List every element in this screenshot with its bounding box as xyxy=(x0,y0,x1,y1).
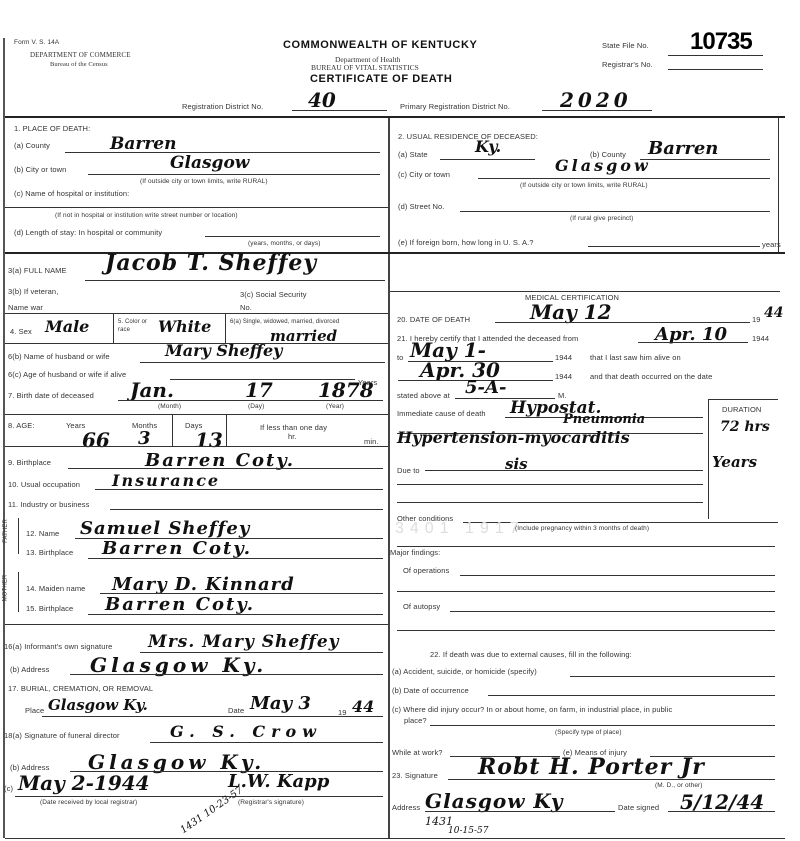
sex-value[interactable]: Male xyxy=(45,317,89,336)
row-divider xyxy=(5,624,388,625)
burial-date-value[interactable]: May 3 xyxy=(250,693,311,714)
mother-name-value[interactable]: Mary D. Kinnard xyxy=(112,574,295,595)
row-divider xyxy=(5,313,388,314)
spouse-value[interactable]: Mary Sheffey xyxy=(165,341,282,360)
race-value[interactable]: White xyxy=(158,317,211,336)
informant-address-label: (b) Address xyxy=(10,665,49,674)
occupation-line xyxy=(95,489,383,490)
sex-divider xyxy=(113,313,114,343)
death-county-label: (a) County xyxy=(14,141,50,150)
time-of-death-value[interactable]: 5-A- xyxy=(465,377,506,398)
operations-label: Of operations xyxy=(403,566,449,575)
father-birthplace-label: 13. Birthplace xyxy=(26,548,73,557)
state-file-label: State File No. xyxy=(602,41,649,50)
age-divider xyxy=(172,414,173,446)
birth-year-value[interactable]: 1878 xyxy=(318,378,374,402)
bottom-frame-line xyxy=(5,838,785,839)
registration-district-line xyxy=(292,110,387,111)
commonwealth-title: COMMONWEALTH OF KENTUCKY xyxy=(283,39,477,51)
veteran-label: 3(b) If veteran, xyxy=(8,287,58,296)
physician-signature-label: 23. Signature xyxy=(392,771,438,780)
filed-line xyxy=(15,796,383,797)
burial-year-value[interactable]: 44 xyxy=(352,697,374,716)
min-label: min. xyxy=(364,437,379,446)
margin-date: 10-15-57 xyxy=(448,826,488,836)
immediate-cause-value-2[interactable]: Pneumonia xyxy=(563,412,645,427)
external-causes-label: 22. If death was due to external causes,… xyxy=(430,650,632,659)
physician-signature-value[interactable]: Robt H. Porter Jr xyxy=(478,754,705,780)
occurrence-line xyxy=(488,695,775,696)
findings-line xyxy=(397,546,775,547)
residence-city-note: (If outside city or town limits, write R… xyxy=(520,182,648,189)
filed-date-value[interactable]: May 2-1944 xyxy=(18,771,150,795)
attended-from-line xyxy=(638,342,748,343)
funeral-director-line xyxy=(150,742,383,743)
certificate-title: CERTIFICATE OF DEATH xyxy=(310,73,452,85)
death-city-line xyxy=(88,174,380,175)
stay-note: (years, months, or days) xyxy=(248,240,320,247)
registrar-line xyxy=(668,69,763,70)
spouse-line xyxy=(140,362,385,363)
stated-above-label: stated above at xyxy=(397,391,450,400)
mother-birthplace-label: 15. Birthplace xyxy=(26,604,73,613)
center-divider xyxy=(388,118,390,838)
faded-stamp: 3401 1917 xyxy=(395,520,525,538)
due-to-line xyxy=(425,470,703,471)
father-tag: FATHER xyxy=(3,519,9,543)
age-years-value[interactable]: 66 xyxy=(82,428,110,452)
signature-line xyxy=(448,779,775,780)
accident-line xyxy=(570,676,775,677)
registrar-signature-note: (Registrar's signature) xyxy=(238,799,304,806)
ssn-label: 3(c) Social Security xyxy=(240,290,307,299)
father-name-label: 12. Name xyxy=(26,529,59,538)
to-label: to xyxy=(397,353,403,362)
mother-birthplace-line xyxy=(88,614,383,615)
place-line xyxy=(430,725,775,726)
other-conditions-note: (Include pregnancy within 3 months of de… xyxy=(515,525,649,532)
where-label: (c) Where did injury occur? In or about … xyxy=(392,705,672,714)
day-note: (Day) xyxy=(248,403,264,410)
age-days-value[interactable]: 13 xyxy=(195,428,223,452)
mother-bracket xyxy=(18,572,19,612)
place-note: (Specify type of place) xyxy=(555,729,622,736)
full-name-label: 3(a) FULL NAME xyxy=(8,266,67,275)
registrar-signature-value[interactable]: L.W. Kapp xyxy=(228,771,329,792)
last-seen-year: 1944 xyxy=(555,372,572,381)
registration-district-value: 40 xyxy=(308,88,336,112)
date-of-death-year[interactable]: 44 xyxy=(764,305,783,321)
funeral-director-value[interactable]: G. S. Crow xyxy=(170,722,322,741)
street-label: (d) Street No. xyxy=(398,202,444,211)
left-border xyxy=(3,38,5,838)
filed-label: (c) xyxy=(4,784,13,793)
hr-label: hr. xyxy=(288,432,297,441)
stay-line xyxy=(205,236,380,237)
death-county-value[interactable]: Barren xyxy=(110,134,176,154)
accident-label: (a) Accident, suicide, or homicide (spec… xyxy=(392,667,537,676)
hospital-note: (If not in hospital or institution write… xyxy=(55,212,238,219)
hospital-label: (c) Name of hospital or institution: xyxy=(14,189,129,198)
informant-address-line xyxy=(70,674,383,675)
bureau-vital-label: BUREAU OF VITAL STATISTICS xyxy=(311,63,419,72)
veteran-war-label: Name war xyxy=(8,303,43,312)
month-note: (Month) xyxy=(158,403,181,410)
age-label: 8. AGE: xyxy=(8,421,35,430)
residence-city-value[interactable]: Glasgow xyxy=(555,156,651,175)
date-of-death-year-prefix: 19 xyxy=(752,315,761,324)
autopsy-line-2 xyxy=(397,630,775,631)
duration-value[interactable]: 72 hrs xyxy=(720,419,770,435)
filed-note: (Date received by local registrar) xyxy=(40,799,137,806)
autopsy-line xyxy=(450,611,775,612)
race-divider xyxy=(225,313,226,343)
physician-address-label: Address xyxy=(392,803,420,812)
father-bracket xyxy=(18,518,19,554)
death-city-value[interactable]: Glasgow xyxy=(170,153,249,173)
residence-heading: 2. USUAL RESIDENCE OF DECEASED: xyxy=(398,132,538,141)
mother-name-label: 14. Maiden name xyxy=(26,584,85,593)
foreign-label: (e) If foreign born, how long in U. S. A… xyxy=(398,238,534,247)
cause-line-4 xyxy=(397,502,703,503)
hospital-divider xyxy=(5,207,388,208)
death-city-label: (b) City or town xyxy=(14,165,66,174)
burial-date-label: Date xyxy=(228,706,244,715)
physician-address-line xyxy=(425,811,615,812)
registrar-label: Registrar's No. xyxy=(602,60,653,69)
funeral-director-label: 18(a) Signature of funeral director xyxy=(4,731,120,740)
sex-label: 4. Sex xyxy=(10,327,32,336)
residence-city-line xyxy=(478,178,770,179)
occurred-text: and that death occurred on the date xyxy=(590,372,712,381)
place-label: place? xyxy=(404,716,427,725)
medical-top-line xyxy=(390,291,780,292)
mother-tag: MOTHER xyxy=(2,575,8,602)
foreign-suffix: years xyxy=(762,240,781,249)
date-signed-label: Date signed xyxy=(618,803,659,812)
while-at-work-label: While at work? xyxy=(392,748,443,757)
date-signed-line xyxy=(668,811,775,812)
major-findings-label: Major findings: xyxy=(390,548,440,557)
operations-line xyxy=(460,575,775,576)
primary-district-value: 2020 xyxy=(560,88,632,112)
due-to-label: Due to xyxy=(397,466,420,475)
father-name-value[interactable]: Samuel Sheffey xyxy=(80,518,250,539)
street-note: (If rural give precinct) xyxy=(570,215,633,222)
immediate-cause-label: Immediate cause of death xyxy=(397,409,486,418)
registration-district-label: Registration District No. xyxy=(182,102,263,111)
foreign-line xyxy=(588,246,760,247)
row-divider xyxy=(5,446,388,447)
operations-line-2 xyxy=(397,591,775,592)
industry-line xyxy=(110,509,383,510)
duration-value-2[interactable]: Years xyxy=(712,453,757,471)
primary-district-label: Primary Registration District No. xyxy=(400,102,510,111)
place-of-death-heading: 1. PLACE OF DEATH: xyxy=(14,124,90,133)
marital-label: 6(a) Single, widowed, married, divorced xyxy=(230,318,350,327)
full-name-line xyxy=(85,280,385,281)
birthplace-line xyxy=(68,468,383,469)
year-note: (Year) xyxy=(326,403,344,410)
burial-heading: 17. BURIAL, CREMATION, OR REMOVAL xyxy=(8,684,153,693)
race-label: 5. Color or race xyxy=(118,318,153,334)
attended-to-year: 1944 xyxy=(555,353,572,362)
residence-state-label: (a) State xyxy=(398,150,428,159)
informant-signature-value[interactable]: Mrs. Mary Sheffey xyxy=(148,632,340,652)
residence-state-line xyxy=(440,159,535,160)
occupation-label: 10. Usual occupation xyxy=(8,480,80,489)
residence-county-line xyxy=(640,159,770,160)
physician-address-value[interactable]: Glasgow Ky xyxy=(425,789,564,813)
residence-county-value[interactable]: Barren xyxy=(648,138,718,159)
top-frame-line xyxy=(5,116,785,118)
row-divider xyxy=(5,414,388,415)
duration-heading: DURATION xyxy=(722,405,761,414)
age-divider xyxy=(226,414,227,446)
burial-line xyxy=(42,716,383,717)
birth-month-value[interactable]: Jan. xyxy=(130,378,174,402)
less-than-day-label: If less than one day xyxy=(260,423,327,432)
spouse-label: 6(b) Name of husband or wife xyxy=(8,352,110,361)
date-of-death-label: 20. DATE OF DEATH xyxy=(397,315,470,324)
right-frame xyxy=(778,118,779,253)
department-label: DEPARTMENT OF COMMERCE xyxy=(30,51,131,59)
father-birthplace-line xyxy=(88,558,383,559)
autopsy-label: Of autopsy xyxy=(403,602,440,611)
date-of-death-line xyxy=(495,322,750,323)
bureau-census-label: Bureau of the Census xyxy=(50,61,108,68)
form-number: Form V. S. 14A xyxy=(14,39,59,46)
burial-place-label: Place xyxy=(25,706,44,715)
street-line xyxy=(460,211,770,212)
informant-signature-label: 16(a) Informant's own signature xyxy=(4,642,112,651)
date-of-death-value[interactable]: May 12 xyxy=(530,300,612,324)
residence-state-value[interactable]: Ky. xyxy=(475,137,501,156)
filing-stamp-note: 1431 10-23-57 xyxy=(178,785,245,836)
residence-city-label: (c) City or town xyxy=(398,170,450,179)
mother-birthplace-value[interactable]: Barren Coty. xyxy=(105,594,255,615)
occurrence-label: (b) Date of occurrence xyxy=(392,686,469,695)
birth-day-value[interactable]: 17 xyxy=(245,378,273,402)
spouse-age-label: 6(c) Age of husband or wife if alive xyxy=(8,370,126,379)
attended-from-year: 1944 xyxy=(752,334,769,343)
father-birthplace-value[interactable]: Barren Coty. xyxy=(102,538,252,559)
cause-line-3 xyxy=(397,484,703,485)
due-line-value[interactable]: Hypertension-myocarditis xyxy=(397,428,630,447)
md-note: (M. D., or other) xyxy=(655,782,703,789)
last-seen-text: that I last saw him alive on xyxy=(590,353,681,362)
occupation-value[interactable]: Insurance xyxy=(112,471,220,490)
full-name-value[interactable]: Jacob T. Sheffey xyxy=(105,250,317,276)
ssn-no-label: No. xyxy=(240,303,252,312)
birth-date-line xyxy=(118,400,383,401)
industry-label: 11. Industry or business xyxy=(8,500,89,509)
stay-label: (d) Length of stay: In hospital or commu… xyxy=(14,228,162,237)
birthplace-label: 9. Birthplace xyxy=(8,458,51,467)
state-file-number: 10735 xyxy=(690,28,752,56)
death-city-note: (If outside city or town limits, write R… xyxy=(140,178,268,185)
burial-place-value[interactable]: Glasgow Ky. xyxy=(48,696,148,714)
birth-date-label: 7. Birth date of deceased xyxy=(8,391,94,400)
